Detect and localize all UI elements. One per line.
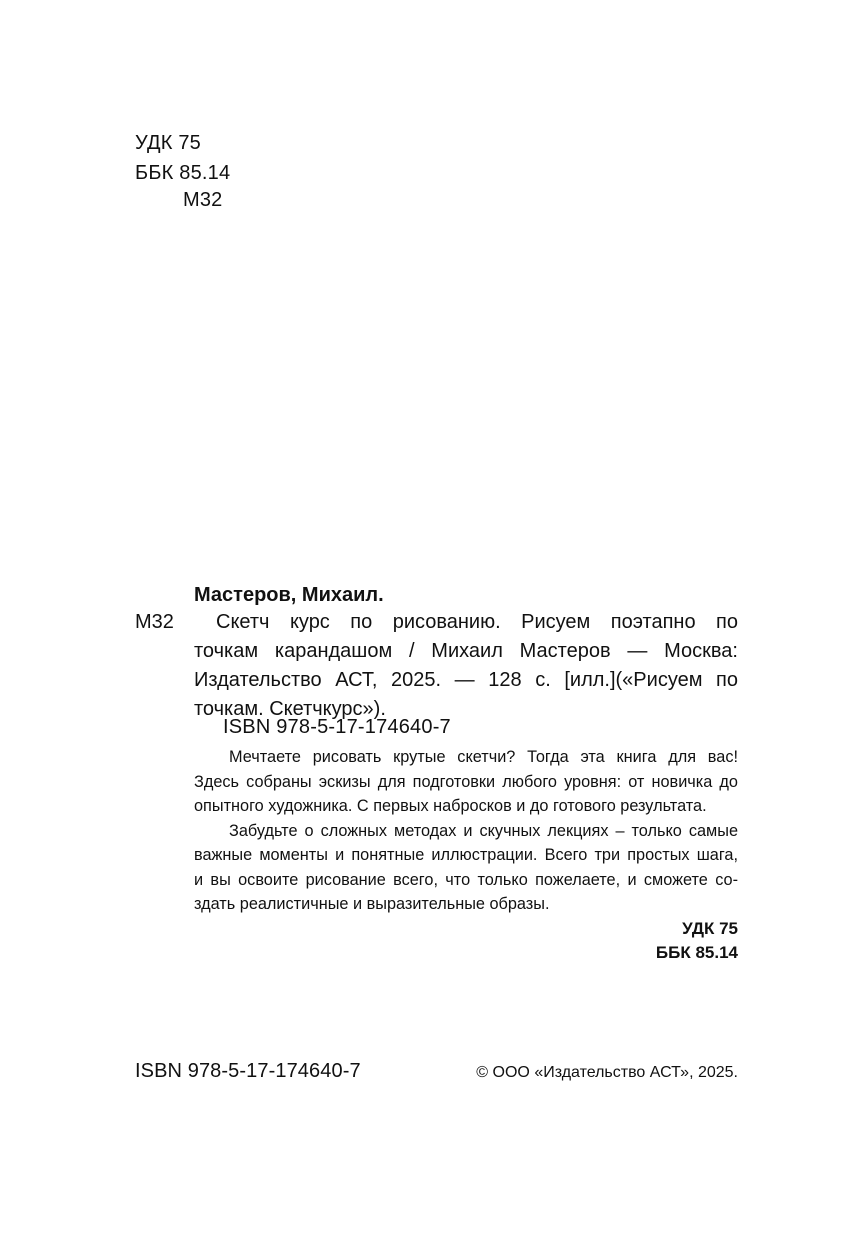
- bib-line: Скетч курс по рисованию. Рисуем поэтапно…: [194, 608, 738, 637]
- udk-code-right: УДК 75: [682, 917, 738, 941]
- annotation-line: здать реалистичные и выразительные образ…: [194, 892, 738, 917]
- annotation-line: Мечтаете рисовать крутые скетчи? Тогда э…: [194, 745, 738, 770]
- annotation-line: и вы освоите рисование всего, что только…: [194, 868, 738, 893]
- annotation-line: опытного художника. С первых набросков и…: [194, 794, 738, 819]
- author-mark-side: М32: [135, 610, 174, 634]
- udk-code-top: УДК 75: [135, 131, 201, 155]
- annotation: Мечтаете рисовать крутые скетчи? Тогда э…: [194, 745, 738, 917]
- bbk-code-right: ББК 85.14: [656, 941, 738, 965]
- copyright-notice: © ООО «Издательство АСТ», 2025.: [476, 1062, 738, 1084]
- bib-line: Издательство АСТ, 2025. — 128 с. [илл.](…: [194, 666, 738, 695]
- annotation-line: важные моменты и понятные иллюстрации. В…: [194, 843, 738, 868]
- author-heading: Мастеров, Михаил.: [194, 583, 384, 607]
- bbk-code-top: ББК 85.14: [135, 161, 230, 185]
- bib-line: точкам карандашом / Михаил Мастеров — Мо…: [194, 637, 738, 666]
- isbn-footer: ISBN 978-5-17-174640-7: [135, 1059, 361, 1083]
- author-mark-top: М32: [183, 188, 223, 212]
- bibliographic-description: Скетч курс по рисованию. Рисуем поэтапно…: [194, 608, 738, 724]
- isbn-record: ISBN 978-5-17-174640-7: [223, 715, 451, 739]
- annotation-line: Забудьте о сложных методах и скучных лек…: [194, 819, 738, 844]
- annotation-line: Здесь собраны эскизы для подготовки любо…: [194, 770, 738, 795]
